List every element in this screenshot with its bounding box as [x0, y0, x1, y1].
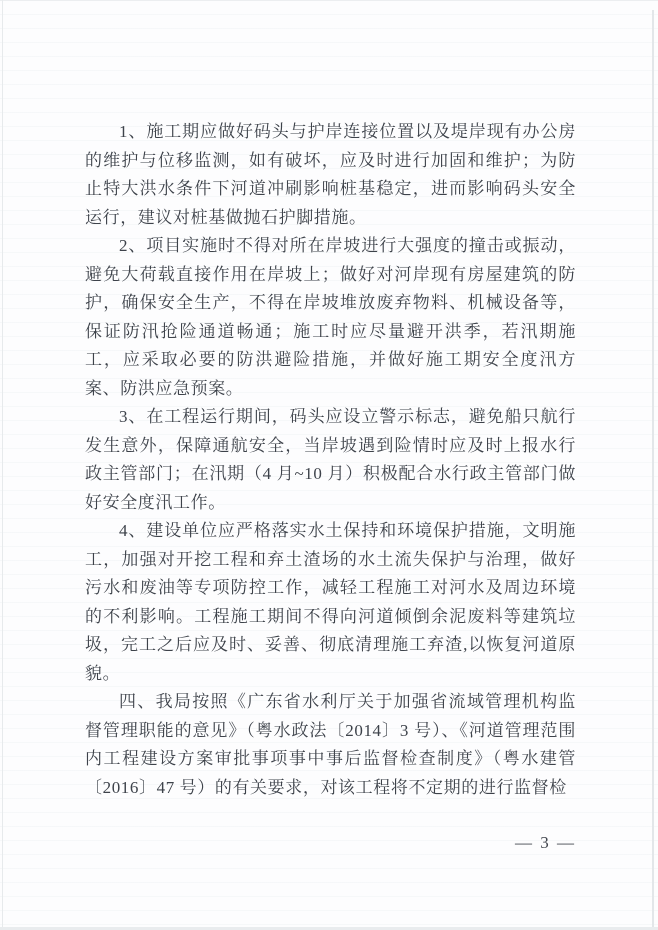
page-edge-left [2, 0, 3, 930]
document-paragraph-5: 四、我局按照《广东省水利厅关于加强省流域管理机构监督管理职能的意见》（粤水政法〔… [85, 688, 576, 802]
document-body: 1、施工期应做好码头与护岸连接位置以及堤岸现有办公房的维护与位移监测，如有破坏，… [85, 118, 576, 858]
page-edge-right [652, 10, 654, 930]
document-paragraph-2: 2、项目实施时不得对所在岸坡进行大强度的撞击或振动，避免大荷载直接作用在岸坡上；… [85, 232, 576, 403]
document-paragraph-3: 3、在工程运行期间，码头应设立警示标志，避免船只航行发生意外，保障通航安全，当岸… [85, 403, 576, 517]
document-paragraph-1: 1、施工期应做好码头与护岸连接位置以及堤岸现有办公房的维护与位移监测，如有破坏，… [85, 118, 576, 232]
scanned-document-page: { "page": { "paragraphs": [ "1、施工期应做好码头与… [0, 0, 658, 930]
page-edge-top [0, 0, 658, 1]
document-paragraph-4: 4、建设单位应严格落实水土保持和环境保护措施，文明施工，加强对开挖工程和弃土渣场… [85, 517, 576, 688]
page-number: — 3 — [85, 829, 576, 858]
